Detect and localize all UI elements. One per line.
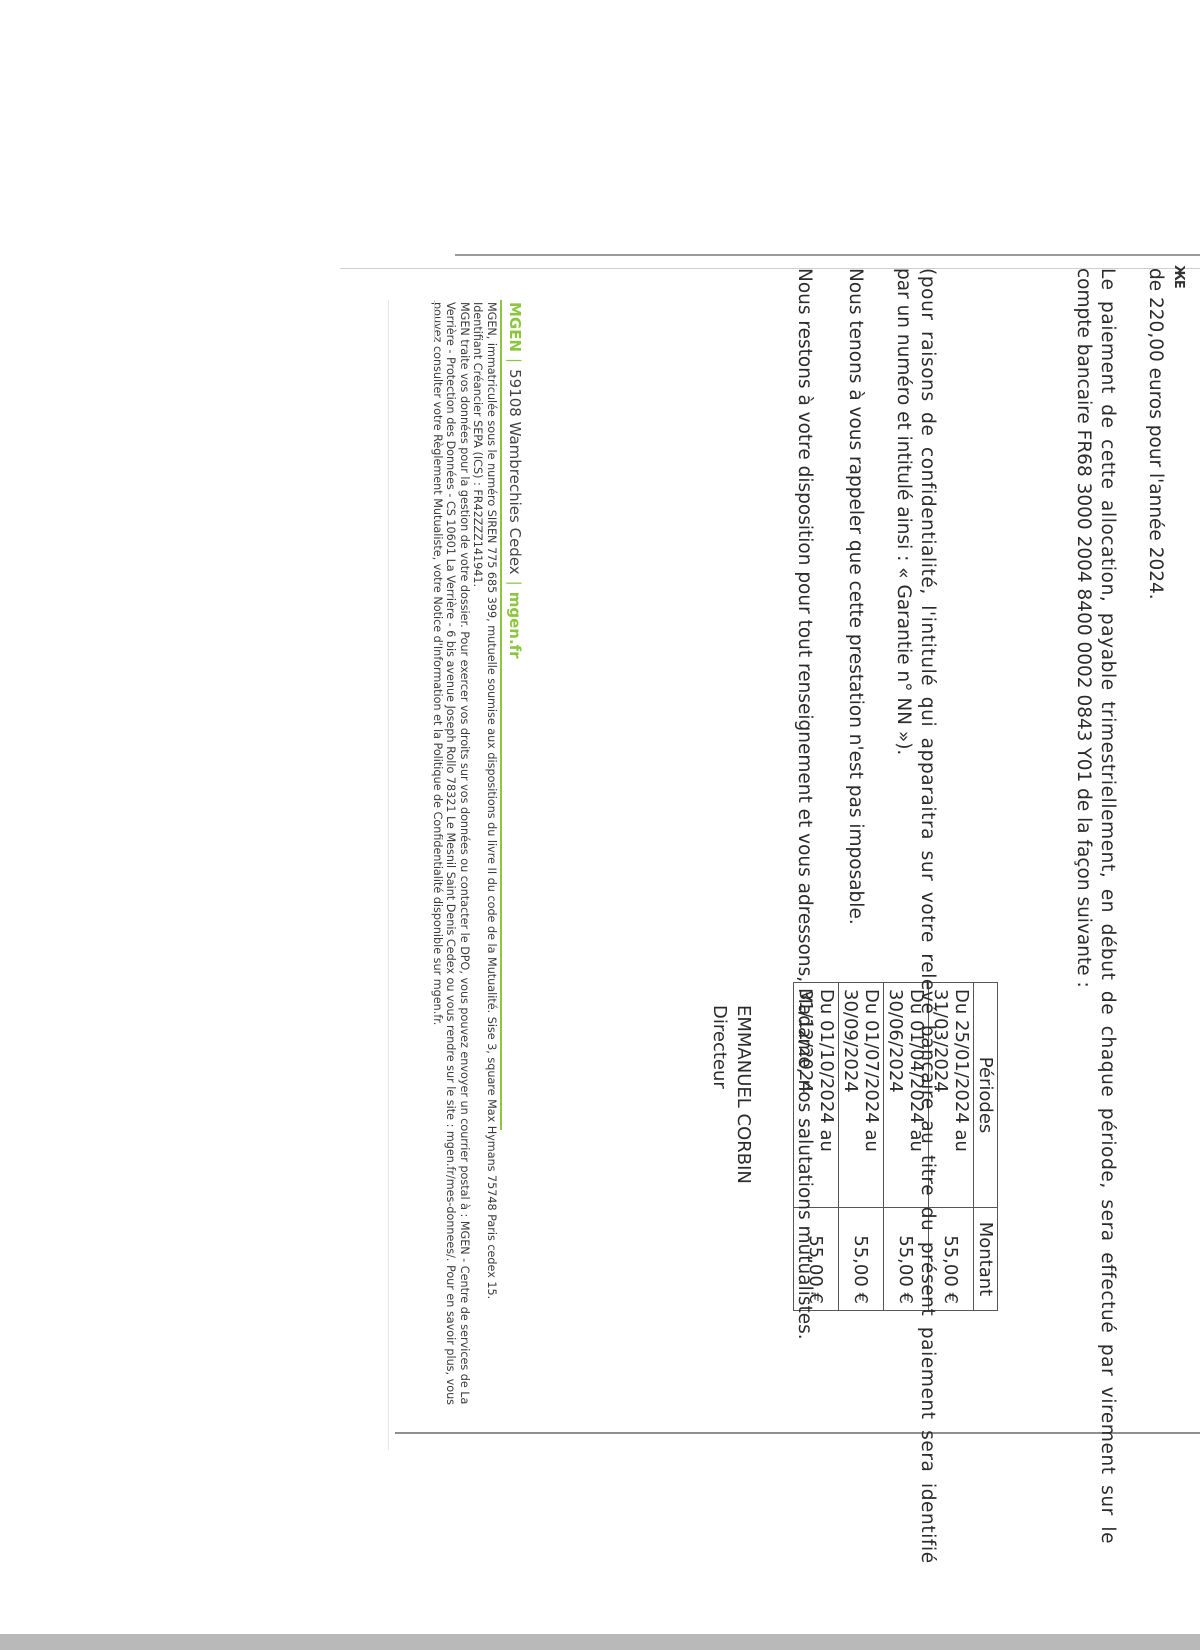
amount-cell: 55,00 € bbox=[839, 1208, 884, 1311]
table-header-row: Périodes Montant bbox=[974, 983, 998, 1311]
payment-paragraph-line-2: compte bancaire FR68 3000 2004 8400 0002… bbox=[1071, 268, 1096, 988]
mgen-logo-text: MGEN bbox=[506, 302, 524, 352]
payment-paragraph-line-1: Le paiement de cette allocation, payable… bbox=[1095, 268, 1120, 1544]
payment-schedule-table: Périodes Montant Du 25/01/2024 au 31/03/… bbox=[793, 982, 998, 1311]
column-header-amount: Montant bbox=[974, 1208, 998, 1311]
closing-salutation: Nous restons à votre disposition pour to… bbox=[792, 268, 817, 1340]
confidentiality-line-2: par un numéro et intitulé ainsi : « Gara… bbox=[891, 268, 916, 755]
footer-website-link[interactable]: mgen.fr bbox=[506, 592, 524, 659]
footer-line: MGEN traite vos données pour la gestion … bbox=[458, 302, 472, 1405]
tax-reminder: Nous tenons à vous rappeler que cette pr… bbox=[843, 268, 868, 925]
footer-line: pouvez consulter votre Règlement Mutuali… bbox=[431, 302, 445, 1405]
column-header-periods: Périodes bbox=[974, 983, 998, 1208]
footer-divider bbox=[500, 300, 502, 1130]
footer-line: MGEN, immatriculée sous le numéro SIREN … bbox=[485, 302, 499, 1405]
signatory-name: EMMANUEL CORBIN bbox=[731, 1005, 755, 1184]
footer-legal-text: MGEN, immatriculée sous le numéro SIREN … bbox=[431, 302, 499, 1405]
table-row: Du 01/07/2024 au 30/09/2024 55,00 € bbox=[839, 983, 884, 1311]
footer-line: Identifiant Créancier SEPA (ICS) : FR42Z… bbox=[471, 302, 485, 1405]
letter-page: ЖЕ de 220,00 euros pour l'année 2024. Le… bbox=[0, 0, 1200, 1650]
footer-line: Verrière - Protection des Données - CS 1… bbox=[444, 302, 458, 1405]
signatory-title: Directeur bbox=[707, 1005, 731, 1089]
period-cell: Du 01/07/2024 au 30/09/2024 bbox=[839, 983, 884, 1208]
confidentiality-line-1: (pour raisons de confidentialité, l'inti… bbox=[915, 268, 940, 1564]
footer-address: 59108 Wambrechies Cedex bbox=[506, 369, 524, 575]
footer-header: MGEN|59108 Wambrechies Cedex|mgen.fr bbox=[506, 302, 524, 659]
corner-mark: ЖЕ bbox=[1171, 265, 1186, 288]
intro-line: de 220,00 euros pour l'année 2024. bbox=[1143, 268, 1168, 600]
footer-end-rule bbox=[434, 300, 435, 340]
